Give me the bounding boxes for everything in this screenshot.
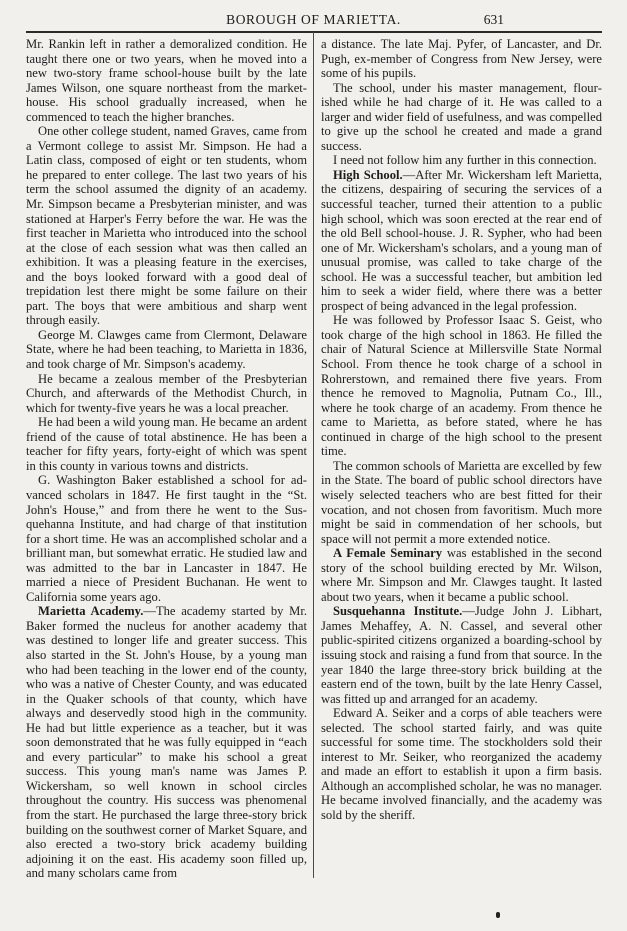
right-column: a distance. The late Maj. Pyfer, of Lanc… — [321, 37, 602, 823]
paragraph-text: The school, under his master management,… — [321, 81, 602, 153]
paragraph: He was followed by Professor Isaac S. Ge… — [321, 313, 602, 458]
paragraph: High School.—After Mr. Wickersham left M… — [321, 168, 602, 313]
paragraph-text: George M. Clawges came from Clermont, De… — [26, 328, 307, 371]
paragraph-text: Edward A. Seiker and a corps of able tea… — [321, 706, 602, 822]
paragraph-text: He became a zealous member of the Presby… — [26, 372, 307, 415]
paragraph: One other college student, named Graves,… — [26, 124, 307, 328]
paragraph: The common schools of Marietta are excel… — [321, 459, 602, 546]
paragraph: He had been a wild young man. He became … — [26, 415, 307, 473]
paragraph-text: He was followed by Professor Isaac S. Ge… — [321, 313, 602, 458]
section-heading: Marietta Academy. — [38, 604, 143, 618]
paragraph: Marietta Academy.—The academy started by… — [26, 604, 307, 880]
paragraph-text: I need not follow him any further in thi… — [333, 153, 597, 167]
running-header: BOROUGH OF MARIETTA. 631 — [0, 12, 627, 32]
paragraph: Mr. Rankin left in rather a demoralized … — [26, 37, 307, 124]
page-number: 631 — [484, 12, 504, 28]
column-divider — [313, 32, 314, 878]
paragraph: I need not follow him any further in thi… — [321, 153, 602, 168]
paragraph-text: —After Mr. Wickersham left Mari­etta, th… — [321, 168, 602, 313]
paragraph-text: a distance. The late Maj. Pyfer, of Lanc… — [321, 37, 602, 80]
section-heading: A Female Seminary — [333, 546, 442, 560]
section-heading: Susquehanna Institute. — [333, 604, 462, 618]
section-heading: High School. — [333, 168, 403, 182]
paragraph: The school, under his master management,… — [321, 81, 602, 154]
paragraph: Susquehanna Institute.—Judge John J. Lib… — [321, 604, 602, 706]
paragraph-text: —The academy started by Mr. Baker formed… — [26, 604, 307, 880]
left-column: Mr. Rankin left in rather a demoralized … — [26, 37, 307, 881]
header-rule — [26, 31, 602, 33]
paragraph: He became a zealous member of the Presby… — [26, 372, 307, 416]
paragraph-text: The common schools of Marietta are excel… — [321, 459, 602, 546]
paragraph-text: —Judge John J. Libhart, James Mehaffey, … — [321, 604, 602, 705]
paragraph: A Female Seminary was established in the… — [321, 546, 602, 604]
paragraph: a distance. The late Maj. Pyfer, of Lanc… — [321, 37, 602, 81]
paragraph-text: One other college student, named Graves,… — [26, 124, 307, 327]
book-page: BOROUGH OF MARIETTA. 631 Mr. Rankin left… — [0, 0, 627, 931]
paragraph: G. Washington Baker established a school… — [26, 473, 307, 604]
paragraph-text: G. Washington Baker established a school… — [26, 473, 307, 603]
ink-spot — [496, 912, 500, 918]
paragraph: George M. Clawges came from Clermont, De… — [26, 328, 307, 372]
paragraph-text: Mr. Rankin left in rather a demoralized … — [26, 37, 307, 124]
paragraph: Edward A. Seiker and a corps of able tea… — [321, 706, 602, 822]
paragraph-text: He had been a wild young man. He became … — [26, 415, 307, 473]
running-title: BOROUGH OF MARIETTA. — [0, 12, 627, 28]
